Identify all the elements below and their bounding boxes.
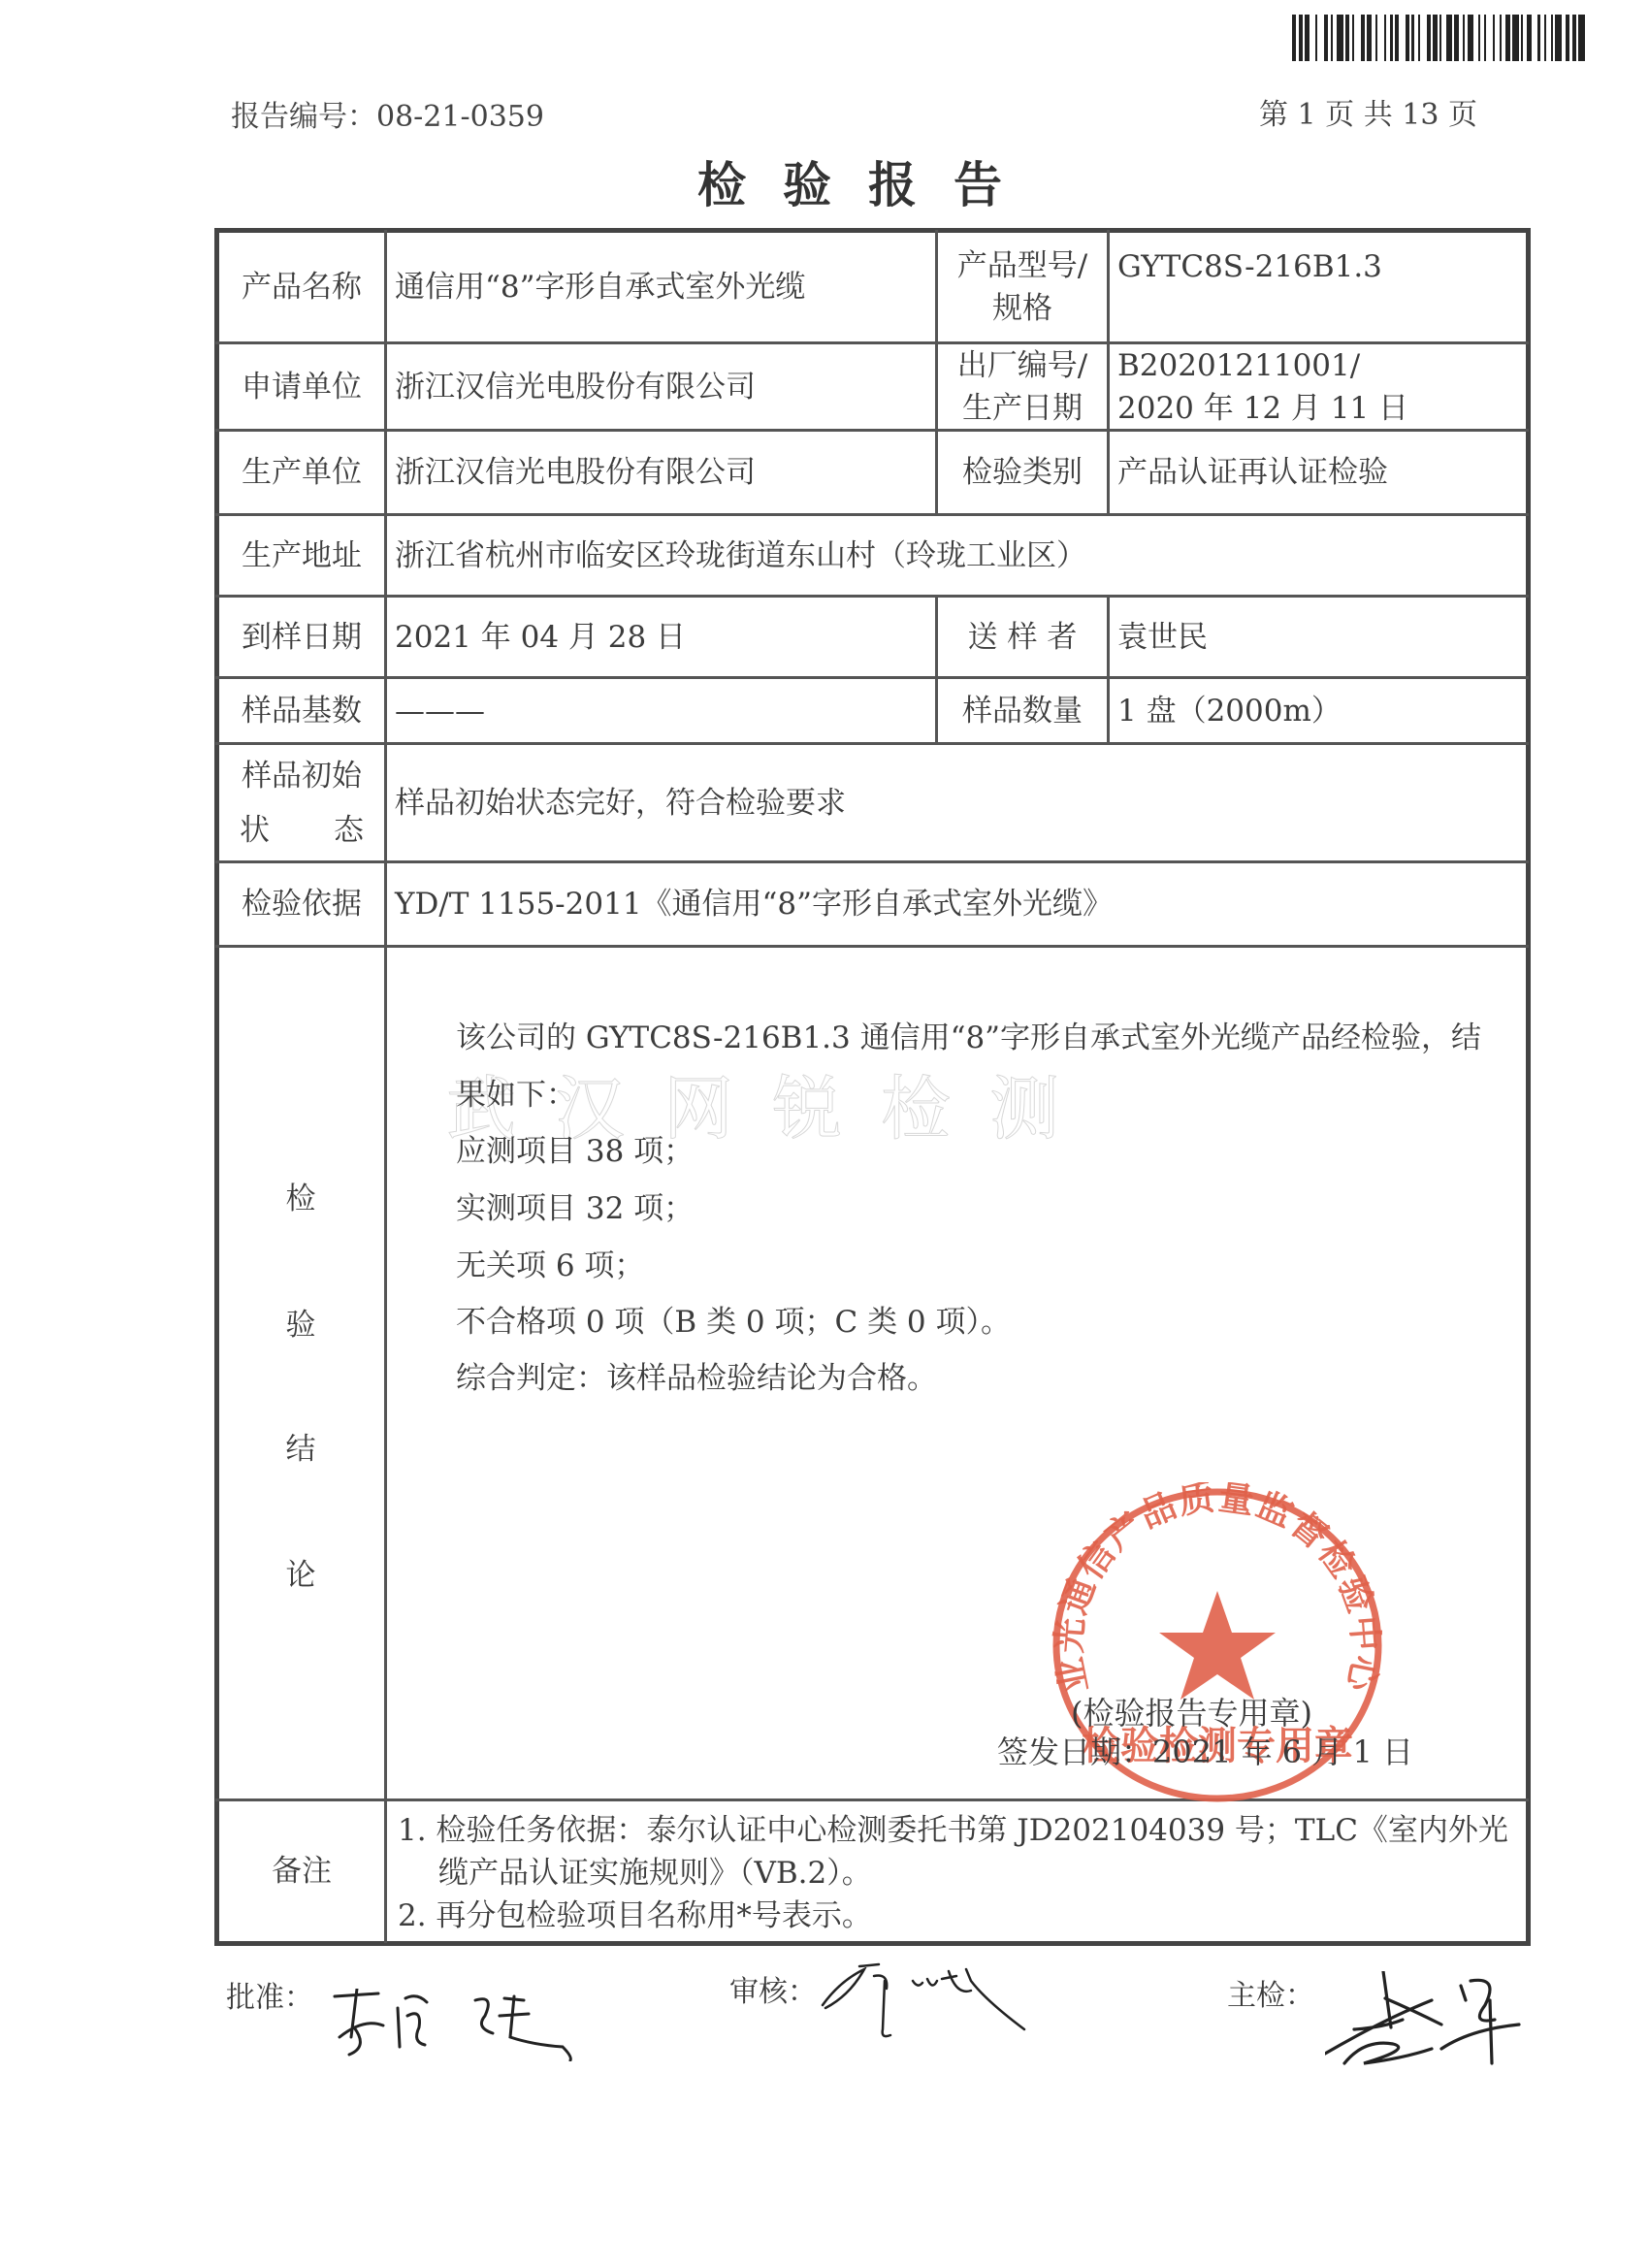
chief-inspector-label: 主检： — [1227, 1979, 1314, 2014]
review-signature-icon — [821, 1961, 1029, 2039]
arrival-date-label: 到样日期 — [219, 598, 384, 676]
initial-state-label-line1: 样品初始 — [242, 749, 362, 803]
notes-label: 备注 — [219, 1801, 384, 1941]
conclusion-label-char: 检 — [216, 1174, 385, 1217]
sample-qty-value: 1 盘（2000m） — [1110, 679, 1527, 742]
applicant-label: 申请单位 — [219, 344, 384, 429]
production-date: 2020 年 12 月 11 日 — [1117, 387, 1408, 430]
approve-label: 批准： — [226, 1981, 313, 2016]
conclusion-label-char: 结 — [216, 1424, 385, 1468]
sample-base-label: 样品基数 — [219, 679, 384, 742]
initial-state-value: 样品初始状态完好，符合检验要求 — [387, 745, 1527, 860]
serial-label-line2: 生产日期 — [962, 387, 1083, 430]
approve-signature-icon — [330, 1989, 577, 2061]
product-name-label: 产品名称 — [219, 233, 384, 341]
sender-value: 袁世民 — [1110, 598, 1527, 676]
report-number: 报告编号：08-21-0359 — [231, 101, 544, 134]
model-label-line2: 规格 — [992, 287, 1052, 330]
address-label: 生产地址 — [219, 516, 384, 595]
conclusion-line: 应测项目 38 项； — [456, 1132, 694, 1171]
table-border-bottom — [215, 1941, 1531, 1946]
inspection-type-label: 检验类别 — [938, 432, 1107, 513]
issue-date: 签发日期：2021 年 6 月 1 日 — [997, 1734, 1413, 1769]
sample-base-value: ——— — [387, 679, 935, 742]
seal-note: (检验报告专用章) — [1071, 1696, 1312, 1731]
initial-state-label-char: 状 — [240, 803, 270, 858]
conclusion-line: 实测项目 32 项； — [456, 1189, 694, 1228]
note-line: 1. 检验任务依据：泰尔认证中心检测委托书第 JD202104039 号；TLC… — [398, 1809, 1508, 1852]
conclusion-line: 该公司的 GYTC8S-216B1.3 通信用“8”字形自承式室外光缆产品经检验… — [456, 1019, 1481, 1057]
model-label-line1: 产品型号/ — [957, 244, 1087, 287]
inspection-type-value: 产品认证再认证检验 — [1110, 432, 1527, 513]
basis-value: YD/T 1155-2011《通信用“8”字形自承式室外光缆》 — [387, 863, 1527, 945]
conclusion-label-char: 论 — [216, 1550, 385, 1594]
chief-inspector-signature-icon — [1325, 1971, 1538, 2070]
barcode — [1292, 15, 1585, 61]
row-line — [215, 945, 1529, 948]
conclusion-line: 果如下： — [456, 1076, 576, 1115]
note-line: 缆产品认证实施规则》（VB.2）。 — [438, 1852, 872, 1895]
review-label: 审核： — [729, 1975, 817, 2010]
serial-value: B20201211001/ 2020 年 12 月 11 日 — [1110, 344, 1527, 429]
sample-qty-label: 样品数量 — [938, 679, 1107, 742]
product-name-value: 通信用“8”字形自承式室外光缆 — [387, 233, 935, 341]
initial-state-label-char: 态 — [334, 803, 364, 858]
serial-label: 出厂编号/ 生产日期 — [938, 344, 1107, 429]
arrival-date-value: 2021 年 04 月 28 日 — [387, 598, 935, 676]
conclusion-line: 无关项 6 项； — [456, 1247, 644, 1285]
serial-number: B20201211001/ — [1117, 344, 1360, 387]
page-info: 第 1 页 共 13 页 — [1259, 99, 1477, 132]
model-value: GYTC8S-216B1.3 — [1110, 233, 1527, 301]
conclusion-line: 不合格项 0 项（B 类 0 项；C 类 0 项）。 — [456, 1303, 1011, 1342]
conclusion-label-char: 验 — [216, 1300, 385, 1344]
manufacturer-value: 浙江汉信光电股份有限公司 — [387, 432, 935, 513]
report-number-value: 08-21-0359 — [376, 100, 544, 134]
sender-label: 送 样 者 — [938, 598, 1107, 676]
address-value: 浙江省杭州市临安区玲珑街道东山村（玲珑工业区） — [387, 516, 1527, 595]
conclusion-line: 综合判定：该样品检验结论为合格。 — [456, 1359, 937, 1398]
applicant-value: 浙江汉信光电股份有限公司 — [387, 344, 935, 429]
model-label: 产品型号/ 规格 — [938, 233, 1107, 341]
serial-label-line1: 出厂编号/ — [957, 344, 1087, 387]
initial-state-label: 样品初始 状 态 — [219, 745, 384, 860]
note-line: 2. 再分包检验项目名称用*号表示。 — [398, 1895, 872, 1937]
report-number-label: 报告编号： — [231, 100, 376, 134]
initial-state-label-line2: 状 态 — [240, 803, 364, 858]
basis-label: 检验依据 — [219, 863, 384, 945]
document-title: 检验报告 — [679, 157, 1057, 213]
manufacturer-label: 生产单位 — [219, 432, 384, 513]
